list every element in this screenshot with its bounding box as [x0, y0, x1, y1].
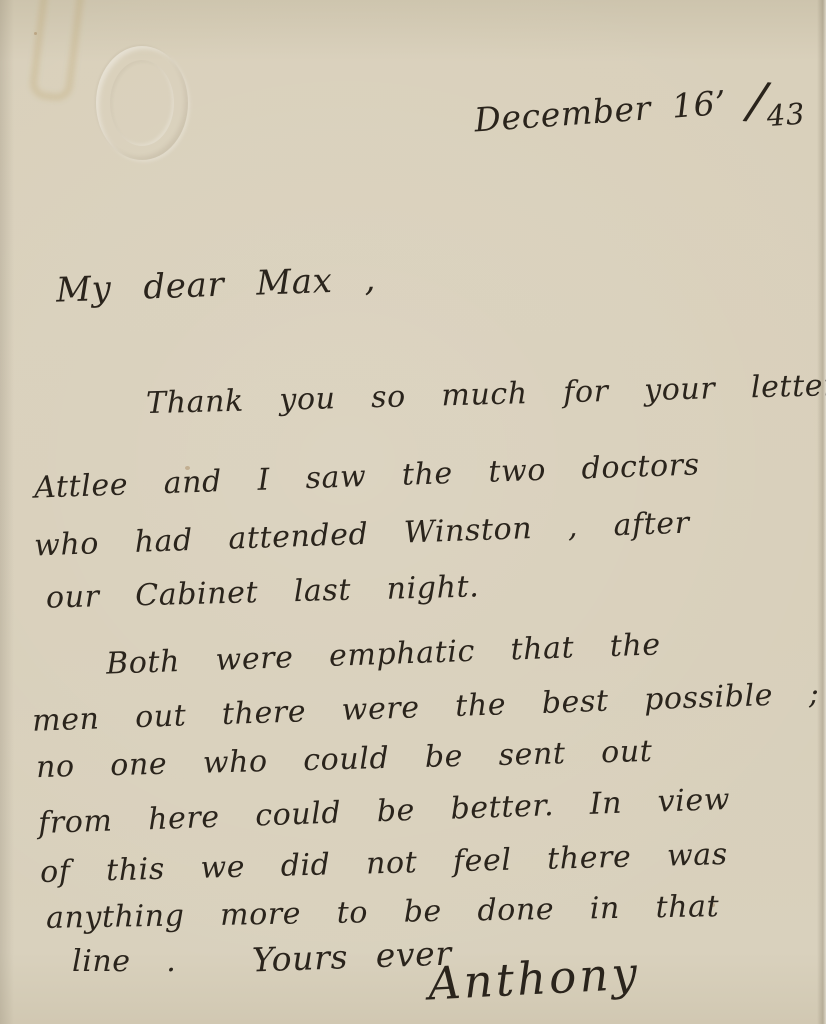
- letter-line: Attlee and I saw the two doctors: [34, 450, 700, 503]
- salutation: My dear Max ,: [56, 262, 377, 307]
- embossed-seal-icon: [96, 46, 188, 160]
- letter-date: December 16’/43: [473, 73, 806, 146]
- date-year: 43: [766, 99, 806, 131]
- closing-valediction: Yours ever: [251, 937, 452, 977]
- letter-line: Both were emphatic that the: [106, 630, 662, 679]
- paperclip-stain: [29, 0, 86, 102]
- embossed-seal-inner-ring: [110, 60, 174, 146]
- letter-line: who had attended Winston , after: [34, 509, 690, 562]
- signature: Anthony: [427, 950, 641, 1006]
- foxing-speck: [34, 32, 37, 35]
- letter-line: men out there were the best possible ;: [32, 679, 820, 736]
- letter-line: from here could be better. In view: [38, 785, 731, 839]
- letter-line: of this we did not feel there was: [40, 840, 728, 888]
- letter-line: anything more to be done in that: [46, 892, 720, 934]
- date-day: December 16’: [473, 83, 728, 140]
- letter-line: no one who could be sent out: [36, 737, 653, 783]
- letter-page: December 16’/43 My dear Max , Thank you …: [0, 0, 826, 1024]
- letter-line: Thank you so much for your letter.: [146, 371, 826, 419]
- letter-line: line .: [72, 947, 176, 977]
- letter-line: our Cabinet last night.: [46, 572, 480, 613]
